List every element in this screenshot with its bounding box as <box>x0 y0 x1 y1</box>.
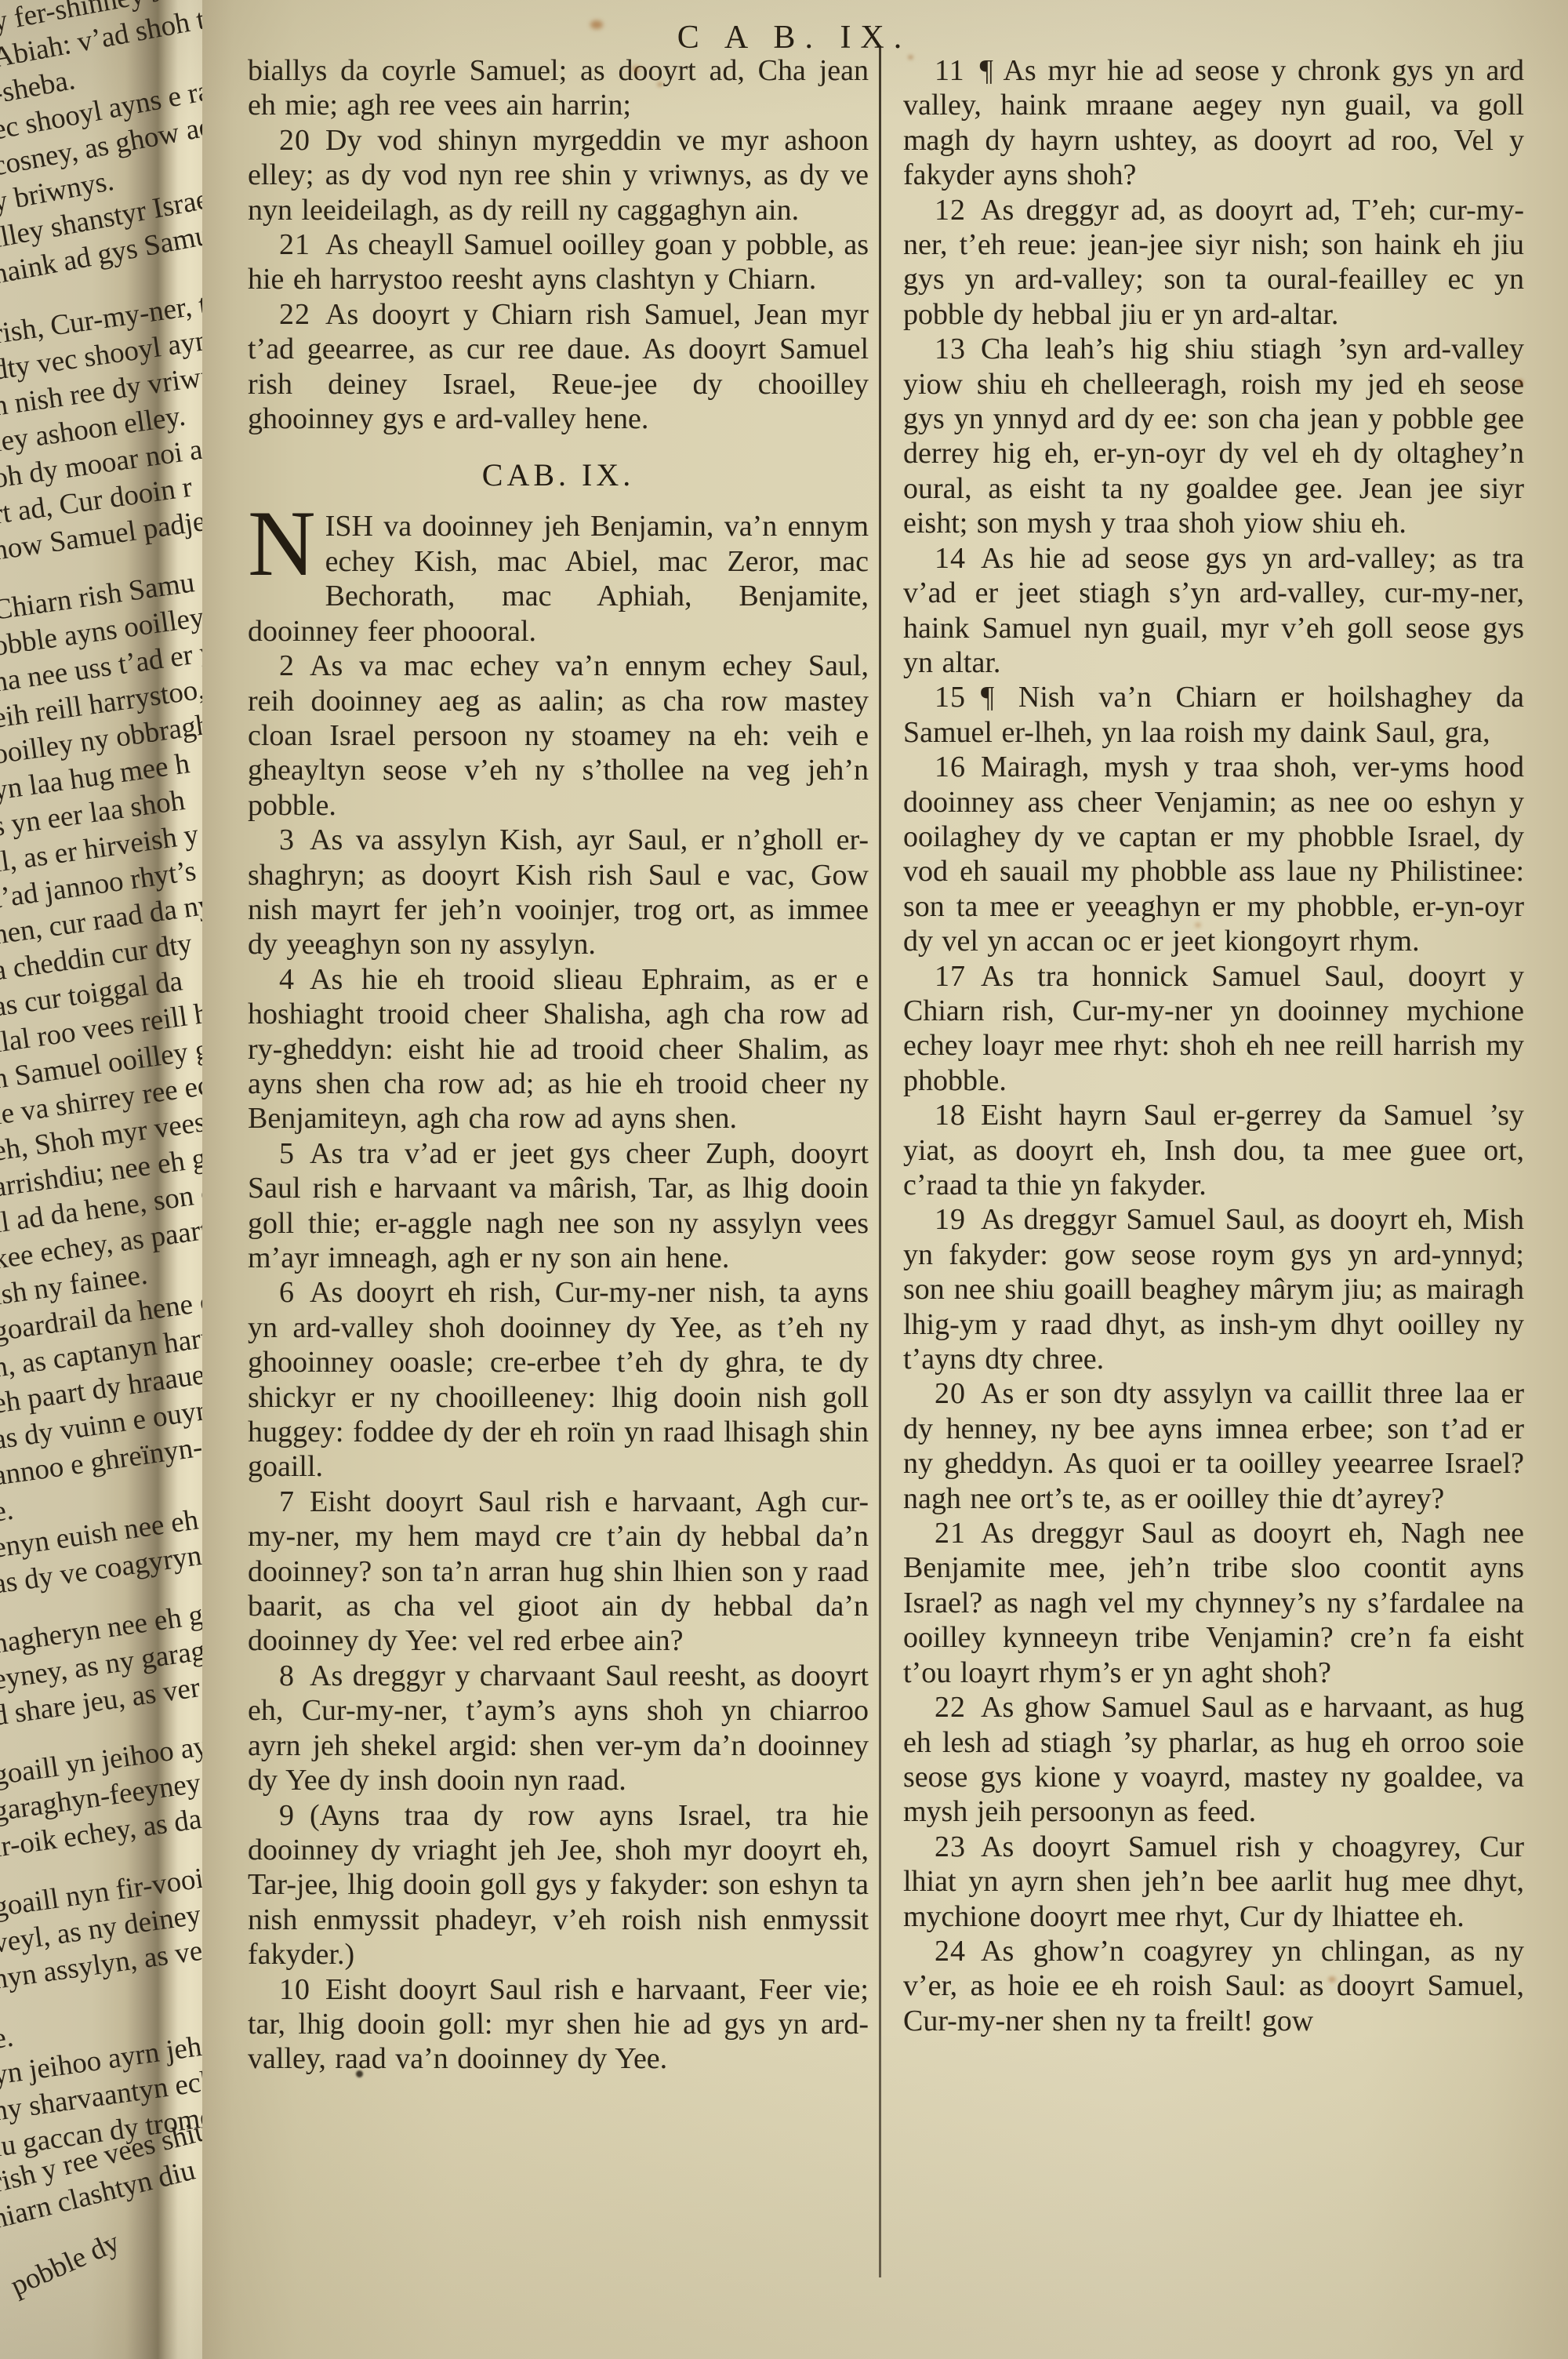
verse-number: 14 <box>935 542 966 575</box>
verse-text: As dreggyr Saul as dooyrt eh, Nagh nee B… <box>903 1517 1524 1689</box>
verse: 17 As tra honnick Samuel Saul, dooyrt y … <box>903 959 1524 1099</box>
verse-number: 22 <box>279 298 310 331</box>
verse-text: As hie ad seose gys yn ard-valley; as tr… <box>903 542 1524 679</box>
verse-number: 8 <box>279 1659 295 1692</box>
verse-text: As dooyrt y Chiarn rish Samuel, Jean myr… <box>248 298 869 435</box>
verse: 13 Cha leah’s hig shiu stiagh ’syn ard-v… <box>903 332 1524 540</box>
verse: 18 Eisht hayrn Saul er-gerrey da Samuel … <box>903 1098 1524 1202</box>
verse: 22 As ghow Samuel Saul as e harvaant, as… <box>903 1690 1524 1830</box>
verse-number: 17 <box>935 960 966 993</box>
verse-number: 21 <box>279 228 310 261</box>
verse-text: ¶ Nish va’n Chiarn er hoilshaghey da Sam… <box>903 681 1524 748</box>
verse-number: 7 <box>279 1485 295 1518</box>
facing-page-edge: y fer-shinney Joel, aAbiah: v’ad shoh t-… <box>0 0 202 2359</box>
verse: 3 As va assylyn Kish, ayr Saul, er n’gho… <box>248 823 869 962</box>
verse-text: (Ayns traa dy row ayns Israel, tra hie d… <box>248 1799 869 1972</box>
verse-number: 22 <box>935 1691 966 1724</box>
verse: biallys da coyrle Samuel; as dooyrt ad, … <box>248 53 869 123</box>
verse-number: 12 <box>935 194 966 227</box>
verse-text: Eisht hayrn Saul er-gerrey da Samuel ’sy… <box>903 1099 1524 1201</box>
running-header: C A B. IX. <box>630 19 959 56</box>
verse: NISH va dooinney jeh Benjamin, va’n enny… <box>248 509 869 649</box>
verse-number: 11 <box>935 54 965 87</box>
verse: 14 As hie ad seose gys yn ard-valley; as… <box>903 541 1524 681</box>
verse: 15 ¶ Nish va’n Chiarn er hoilshaghey da … <box>903 680 1524 750</box>
verse: 24 As ghow’n coagyrey yn chlingan, as ny… <box>903 1934 1524 2038</box>
verse: 5 As tra v’ad er jeet gys cheer Zuph, do… <box>248 1136 869 1276</box>
verse-number: 23 <box>935 1830 966 1863</box>
verse: 8 As dreggyr y charvaant Saul reesht, as… <box>248 1659 869 1798</box>
verse-text: Eisht dooyrt Saul rish e harvaant, Feer … <box>248 1973 869 2076</box>
verse-text: As cheayll Samuel ooilley goan y pobble,… <box>248 228 869 296</box>
verse-number: 2 <box>279 649 295 682</box>
foxing-spot <box>590 20 603 29</box>
verse-text: As hie eh trooid slieau Ephraim, as er e… <box>248 963 869 1136</box>
verse-number: 18 <box>935 1099 966 1132</box>
verse-text: As dreggyr y charvaant Saul reesht, as d… <box>248 1659 869 1797</box>
verse-number: 24 <box>935 1935 966 1968</box>
verse-text: biallys da coyrle Samuel; as dooyrt ad, … <box>248 54 869 122</box>
verse-number: 20 <box>935 1377 966 1410</box>
verse-text: ISH va dooinney jeh Benjamin, va’n ennym… <box>248 510 869 647</box>
chapter8-continuation: biallys da coyrle Samuel; as dooyrt ad, … <box>248 53 869 436</box>
column-divider <box>879 45 881 2277</box>
verse-text: As tra honnick Samuel Saul, dooyrt y Chi… <box>903 960 1524 1097</box>
verse-number: 15 <box>935 681 966 714</box>
verse: 4 As hie eh trooid slieau Ephraim, as er… <box>248 962 869 1136</box>
verse-text: As dooyrt eh rish, Cur-my-ner nish, ta a… <box>248 1276 869 1483</box>
gutter-shadow <box>0 0 202 2359</box>
chapter9-verses-left: NISH va dooinney jeh Benjamin, va’n enny… <box>248 509 869 2076</box>
right-column: 11 ¶ As myr hie ad seose y chronk gys yn… <box>903 53 1524 2038</box>
verse-number: 20 <box>279 124 310 157</box>
verse-number: 16 <box>935 751 966 783</box>
chapter9-verses-right: 11 ¶ As myr hie ad seose y chronk gys yn… <box>903 53 1524 2038</box>
verse: 9 (Ayns traa dy row ayns Israel, tra hie… <box>248 1798 869 1972</box>
book-page-photo: y fer-shinney Joel, aAbiah: v’ad shoh t-… <box>0 0 1568 2359</box>
verse: 6 As dooyrt eh rish, Cur-my-ner nish, ta… <box>248 1275 869 1484</box>
verse-text: ¶ As myr hie ad seose y chronk gys yn ar… <box>903 54 1524 191</box>
verse-text: As ghow’n coagyrey yn chlingan, as ny v’… <box>903 1935 1524 2037</box>
verse-number: 6 <box>279 1276 295 1309</box>
verse-text: Eisht dooyrt Saul rish e harvaant, Agh c… <box>248 1485 869 1658</box>
verse: 23 As dooyrt Samuel rish y choagyrey, Cu… <box>903 1830 1524 1934</box>
verse: 16 Mairagh, mysh y traa shoh, ver-yms ho… <box>903 750 1524 958</box>
verse: 7 Eisht dooyrt Saul rish e harvaant, Agh… <box>248 1485 869 1659</box>
drop-cap: N <box>248 509 325 580</box>
verse: 20 As er son dty assylyn va caillit thre… <box>903 1376 1524 1516</box>
verse: 21 As cheayll Samuel ooilley goan y pobb… <box>248 227 869 297</box>
chapter-heading: CAB. IX. <box>248 456 869 493</box>
verse-number: 4 <box>279 963 295 996</box>
verse-text: As er son dty assylyn va caillit three l… <box>903 1377 1524 1514</box>
verse-number: 19 <box>935 1203 966 1236</box>
verse-text: As ghow Samuel Saul as e harvaant, as hu… <box>903 1691 1524 1828</box>
verse-text: As dreggyr ad, as dooyrt ad, T’eh; cur-m… <box>903 194 1524 331</box>
verse: 20 Dy vod shinyn myrgeddin ve myr ashoon… <box>248 123 869 227</box>
verse-number: 13 <box>935 333 966 365</box>
verse-text: Cha leah’s hig shiu stiagh ’syn ard-vall… <box>903 333 1524 540</box>
verse-text: As va assylyn Kish, ayr Saul, er n’gholl… <box>248 823 869 961</box>
verse-number: 10 <box>279 1973 310 2006</box>
verse-number: 5 <box>279 1137 295 1170</box>
verse-text: As tra v’ad er jeet gys cheer Zuph, dooy… <box>248 1137 869 1274</box>
verse-text: Dy vod shinyn myrgeddin ve myr ashoon el… <box>248 124 869 227</box>
verse-text: As va mac echey va’n ennym echey Saul, r… <box>248 649 869 822</box>
verse-text: As dreggyr Samuel Saul, as dooyrt eh, Mi… <box>903 1203 1524 1376</box>
verse-number: 3 <box>279 823 295 856</box>
bible-page: C A B. IX. biallys da coyrle Samuel; as … <box>202 0 1568 2359</box>
verse: 11 ¶ As myr hie ad seose y chronk gys yn… <box>903 53 1524 193</box>
verse: 12 As dreggyr ad, as dooyrt ad, T’eh; cu… <box>903 193 1524 333</box>
verse: 21 As dreggyr Saul as dooyrt eh, Nagh ne… <box>903 1516 1524 1690</box>
verse-number: 9 <box>279 1799 295 1832</box>
verse-number: 21 <box>935 1517 966 1550</box>
verse: 22 As dooyrt y Chiarn rish Samuel, Jean … <box>248 297 869 437</box>
verse-text: Mairagh, mysh y traa shoh, ver-yms hood … <box>903 751 1524 958</box>
verse: 2 As va mac echey va’n ennym echey Saul,… <box>248 649 869 823</box>
left-column: biallys da coyrle Samuel; as dooyrt ad, … <box>248 53 869 2077</box>
verse: 19 As dreggyr Samuel Saul, as dooyrt eh,… <box>903 1202 1524 1376</box>
verse-text: As dooyrt Samuel rish y choagyrey, Cur l… <box>903 1830 1524 1933</box>
verse: 10 Eisht dooyrt Saul rish e harvaant, Fe… <box>248 1972 869 2077</box>
